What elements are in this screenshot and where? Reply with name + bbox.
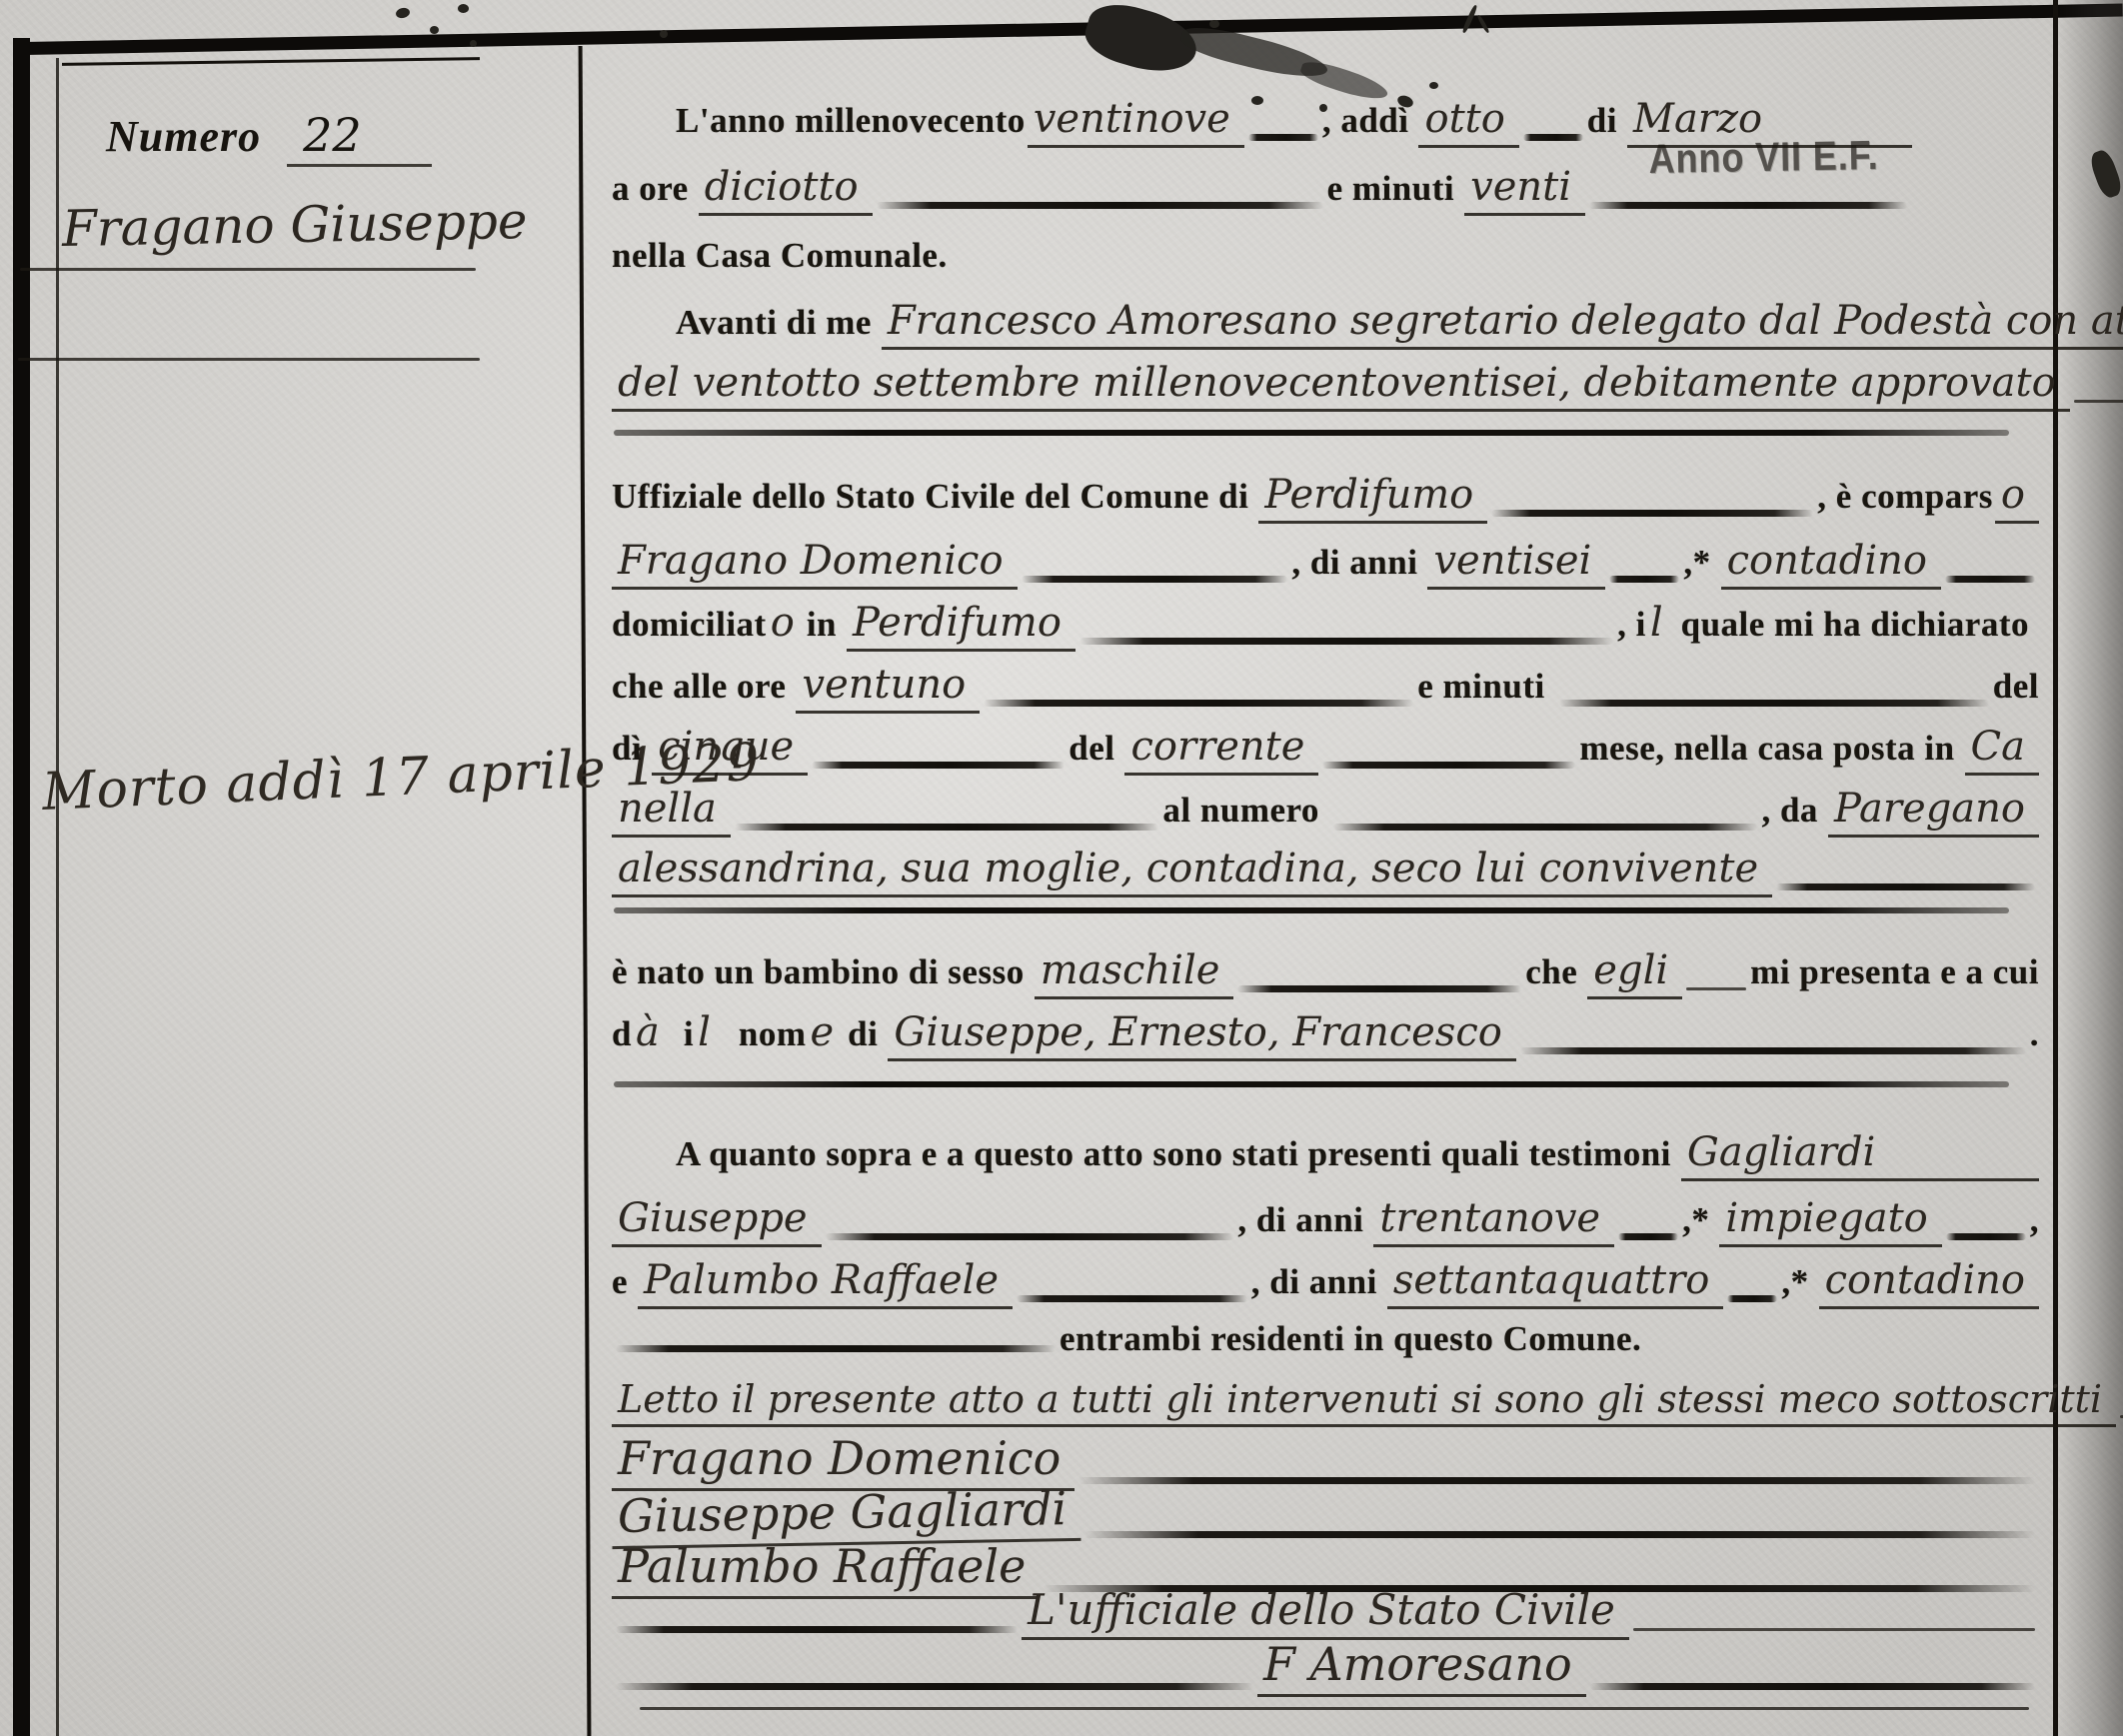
handwritten-domicile: Perdifumo (847, 600, 1075, 652)
ink-spatter-dot (660, 30, 668, 38)
form-line-name-given: d à i l nom e di Giuseppe, Ernesto, Fran… (612, 1009, 2039, 1061)
printed-text: d (612, 1014, 634, 1054)
printed-text: , di anni (1291, 543, 1427, 583)
handwritten-letter: o (769, 600, 799, 649)
column-divider (579, 46, 592, 1736)
handwritten-delegation: del ventotto settembre millenovecentoven… (612, 360, 2070, 412)
inked-blank-line (1727, 1295, 1777, 1302)
printed-text: entrambi residenti in questo Comune. (1060, 1319, 1651, 1359)
printed-text: al numero (1162, 791, 1329, 831)
printed-text: di (838, 1014, 888, 1054)
inked-blank-line (1590, 1683, 2035, 1690)
left-border-outer (13, 38, 30, 1736)
inked-blank-line (1333, 824, 1758, 831)
official-title: L'ufficiale dello Stato Civile (1022, 1585, 1629, 1640)
top-border (24, 4, 2123, 55)
printed-text: e minuti (1327, 169, 1464, 209)
printed-text: domiciliat (612, 605, 769, 645)
empty-ruled-line (614, 907, 2009, 913)
printed-text: del (1993, 667, 2039, 707)
printed-text: che (1525, 952, 1587, 992)
handwritten-letter: l (696, 1009, 715, 1058)
record-number-row: Numero 22 (106, 108, 432, 167)
form-line-delegation: del ventotto settembre millenovecentoven… (612, 360, 2039, 412)
handwritten-place: Ca (1965, 724, 2039, 776)
handwritten-birth-hour: ventuno (796, 662, 980, 714)
form-line-place-number: nella al numero , da Paregano (612, 786, 2039, 838)
handwritten-age: ventisei (1427, 538, 1605, 590)
inked-blank-line (826, 1233, 1234, 1240)
handwritten-letter: à (634, 1009, 664, 1058)
left-border-inner (56, 58, 59, 1736)
handwritten-comune: Perdifumo (1258, 472, 1487, 524)
handwritten-declarant-name: Fragano Domenico (612, 538, 1018, 590)
form-line-domicile: domiciliat o in Perdifumo , i l quale mi… (612, 600, 2039, 652)
printed-text: . (2030, 1014, 2039, 1054)
handwritten-witness1-name: Giuseppe (612, 1195, 822, 1247)
official-title-row: L'ufficiale dello Stato Civile (612, 1585, 2039, 1640)
handwritten-letter: l (1648, 600, 1667, 649)
handwritten-year: ventinove (1028, 96, 1244, 148)
official-signature-row: F Amoresano (612, 1637, 2039, 1697)
printed-text: dì (612, 729, 652, 769)
inked-blank-line (1017, 1295, 1247, 1302)
printed-text: di (1587, 101, 1627, 141)
printed-text: nom (715, 1014, 809, 1054)
printed-text: A quanto sopra e a questo atto sono stat… (676, 1134, 1681, 1174)
inked-blank-line (1618, 1233, 1678, 1240)
handwritten-mother-surname: Paregano (1828, 786, 2039, 838)
handwritten-day: otto (1418, 96, 1518, 148)
printed-text: quale mi ha dichiarato (1667, 605, 2039, 645)
printed-text: del (1068, 729, 1124, 769)
ink-spatter-dot (1429, 82, 1438, 89)
inked-blank-line (1078, 1477, 2035, 1484)
handwritten-month-word: corrente (1124, 724, 1318, 776)
margin-rule (18, 358, 480, 361)
form-line-birth-day: dì cinque del corrente mese, nella casa … (612, 724, 2039, 776)
handwritten-sex: maschile (1035, 947, 1234, 999)
form-line-birth-hour: che alle ore ventuno e minuti del (612, 662, 2039, 714)
inked-blank-line (1520, 1047, 2026, 1054)
handwritten-witness1-occupation: impiegato (1719, 1195, 1941, 1247)
scan-page-edge (2059, 0, 2123, 1736)
inked-blank-line (1609, 576, 1679, 583)
inked-blank-line (1248, 134, 1318, 141)
form-line-witnesses-intro: A quanto sopra e a questo atto sono stat… (676, 1129, 2039, 1181)
inked-blank-line (1084, 1531, 2035, 1538)
printed-text: nella Casa Comunale. (612, 236, 958, 276)
printed-text: e (612, 1262, 638, 1302)
inked-blank-line (1022, 576, 1288, 583)
inked-blank-line (735, 824, 1159, 831)
form-line-sex: è nato un bambino di sesso maschile che … (612, 947, 2039, 999)
printed-text: L'anno millenovecento (676, 101, 1028, 141)
handwritten-month: Marzo (1627, 96, 1912, 148)
printed-text: a ore (612, 169, 699, 209)
inked-blank-line (616, 1683, 1253, 1690)
signature-row-declarant: Fragano Domenico (612, 1431, 2039, 1491)
empty-ruled-line (640, 1707, 2029, 1710)
handwritten-official-name: Francesco Amoresano segretario delegato … (882, 298, 2123, 350)
printed-text: , i (1617, 605, 1648, 645)
printed-text: , addì (1322, 101, 1419, 141)
handwritten-witness1-surname: Gagliardi (1681, 1129, 2039, 1181)
handwritten-witness2-age: settantaquattro (1387, 1257, 1723, 1309)
inked-blank-line (1776, 883, 2035, 890)
printed-text: , è compars (1817, 477, 1995, 517)
form-line-declarant: Fragano Domenico , di anni ventisei ,* c… (612, 538, 2039, 590)
empty-ruled-line (614, 430, 2009, 436)
printed-text: , di anni (1251, 1262, 1387, 1302)
inked-blank-line (1237, 985, 1521, 992)
handwritten-hour: diciotto (699, 164, 873, 216)
right-border (2053, 0, 2058, 1736)
ink-spatter-dot (470, 40, 477, 47)
printed-text: i (664, 1014, 696, 1054)
handwritten-pronoun: egli (1587, 947, 1682, 999)
inked-blank-line (616, 1345, 1056, 1352)
printed-text: ,* (1683, 543, 1720, 583)
handwritten-place-cont: nella (612, 786, 731, 838)
form-line-residents: entrambi residenti in questo Comune. (612, 1319, 2039, 1359)
inked-blank-line (1589, 202, 1907, 209)
ink-spatter-dot (1209, 20, 1219, 28)
printed-text: , di anni (1237, 1200, 1373, 1240)
form-line-casa-comunale: nella Casa Comunale. (612, 236, 958, 276)
form-line-mother: alessandrina, sua moglie, contadina, sec… (612, 846, 2039, 897)
handwritten-witness1-age: trentanove (1373, 1195, 1614, 1247)
inked-blank-line (877, 202, 1323, 209)
ink-spatter-dot (430, 26, 439, 34)
handwritten-witness2-occupation: contadino (1819, 1257, 2039, 1309)
printed-text: e minuti (1417, 667, 1554, 707)
handwritten-mother-details: alessandrina, sua moglie, contadina, sec… (612, 846, 1772, 897)
handwritten-closing-statement: Letto il presente atto a tutti gli inter… (612, 1377, 2116, 1427)
inked-blank-line (984, 700, 1413, 707)
printed-text: in (799, 605, 847, 645)
form-line-time: a ore diciotto e minuti venti (612, 164, 1911, 216)
printed-text: , (2030, 1200, 2039, 1240)
form-line-witness2: e Palumbo Raffaele , di anni settantaqua… (612, 1257, 2039, 1309)
inked-blank-line (1945, 576, 2035, 583)
empty-ruled-line (614, 1081, 2009, 1087)
inked-blank-line (1322, 762, 1575, 769)
form-line-year: L'anno millenovecento ventinove , addì o… (676, 96, 1833, 148)
printed-text: , da (1761, 791, 1827, 831)
printed-text: Avanti di me (676, 303, 882, 343)
printed-text: è nato un bambino di sesso (612, 952, 1035, 992)
printed-text: mi presenta e a cui (1750, 952, 2039, 992)
handwritten-birth-day: cinque (652, 724, 808, 776)
printed-text: che alle ore (612, 667, 796, 707)
handwritten-child-names: Giuseppe, Ernesto, Francesco (888, 1009, 1515, 1061)
form-line-official: Avanti di me Francesco Amoresano segreta… (676, 298, 2039, 350)
handwritten-letter: e (808, 1009, 838, 1058)
printed-text: Uffiziale dello Stato Civile del Comune … (612, 477, 1258, 517)
inked-blank-line (1079, 638, 1613, 645)
inked-blank-line (1491, 510, 1813, 517)
blank-line (1686, 987, 1746, 990)
registrant-name: Fragano Giuseppe (62, 192, 528, 258)
margin-box-top-line (62, 57, 480, 66)
inked-blank-line (1946, 1233, 2026, 1240)
numero-label: Numero (106, 111, 287, 162)
handwritten-witness2-name: Palumbo Raffaele (638, 1257, 1013, 1309)
signature-row-witness1: Giuseppe Gagliardi (612, 1485, 2039, 1545)
record-number-value: 22 (287, 108, 432, 167)
handwritten-occupation: contadino (1721, 538, 1941, 590)
inked-blank-line (1523, 134, 1583, 141)
printed-text: ,* (1781, 1262, 1818, 1302)
inked-blank-line (812, 762, 1064, 769)
form-line-closing: Letto il presente atto a tutti gli inter… (612, 1377, 2039, 1427)
form-line-witness1: Giuseppe , di anni trentanove ,* impiega… (612, 1195, 2039, 1247)
inked-blank-line (616, 1626, 1018, 1633)
birth-record-page: Anno VII E.F. Numero 22 Fragano Giuseppe… (0, 0, 2123, 1736)
handwritten-letter: o (1995, 472, 2039, 524)
blank-line (2074, 400, 2123, 403)
margin-rule (20, 268, 476, 271)
form-line-comune: Uffiziale dello Stato Civile del Comune … (612, 472, 2039, 524)
signature-official: F Amoresano (1257, 1637, 1586, 1697)
blank-line (1633, 1628, 2035, 1631)
ink-spatter-dot (395, 7, 411, 20)
handwritten-minutes: venti (1464, 164, 1585, 216)
printed-text: mese, nella casa posta in (1579, 729, 1964, 769)
printed-text: ,* (1682, 1200, 1719, 1240)
inked-blank-line (1559, 700, 1989, 707)
ink-spatter-dot (458, 4, 469, 13)
